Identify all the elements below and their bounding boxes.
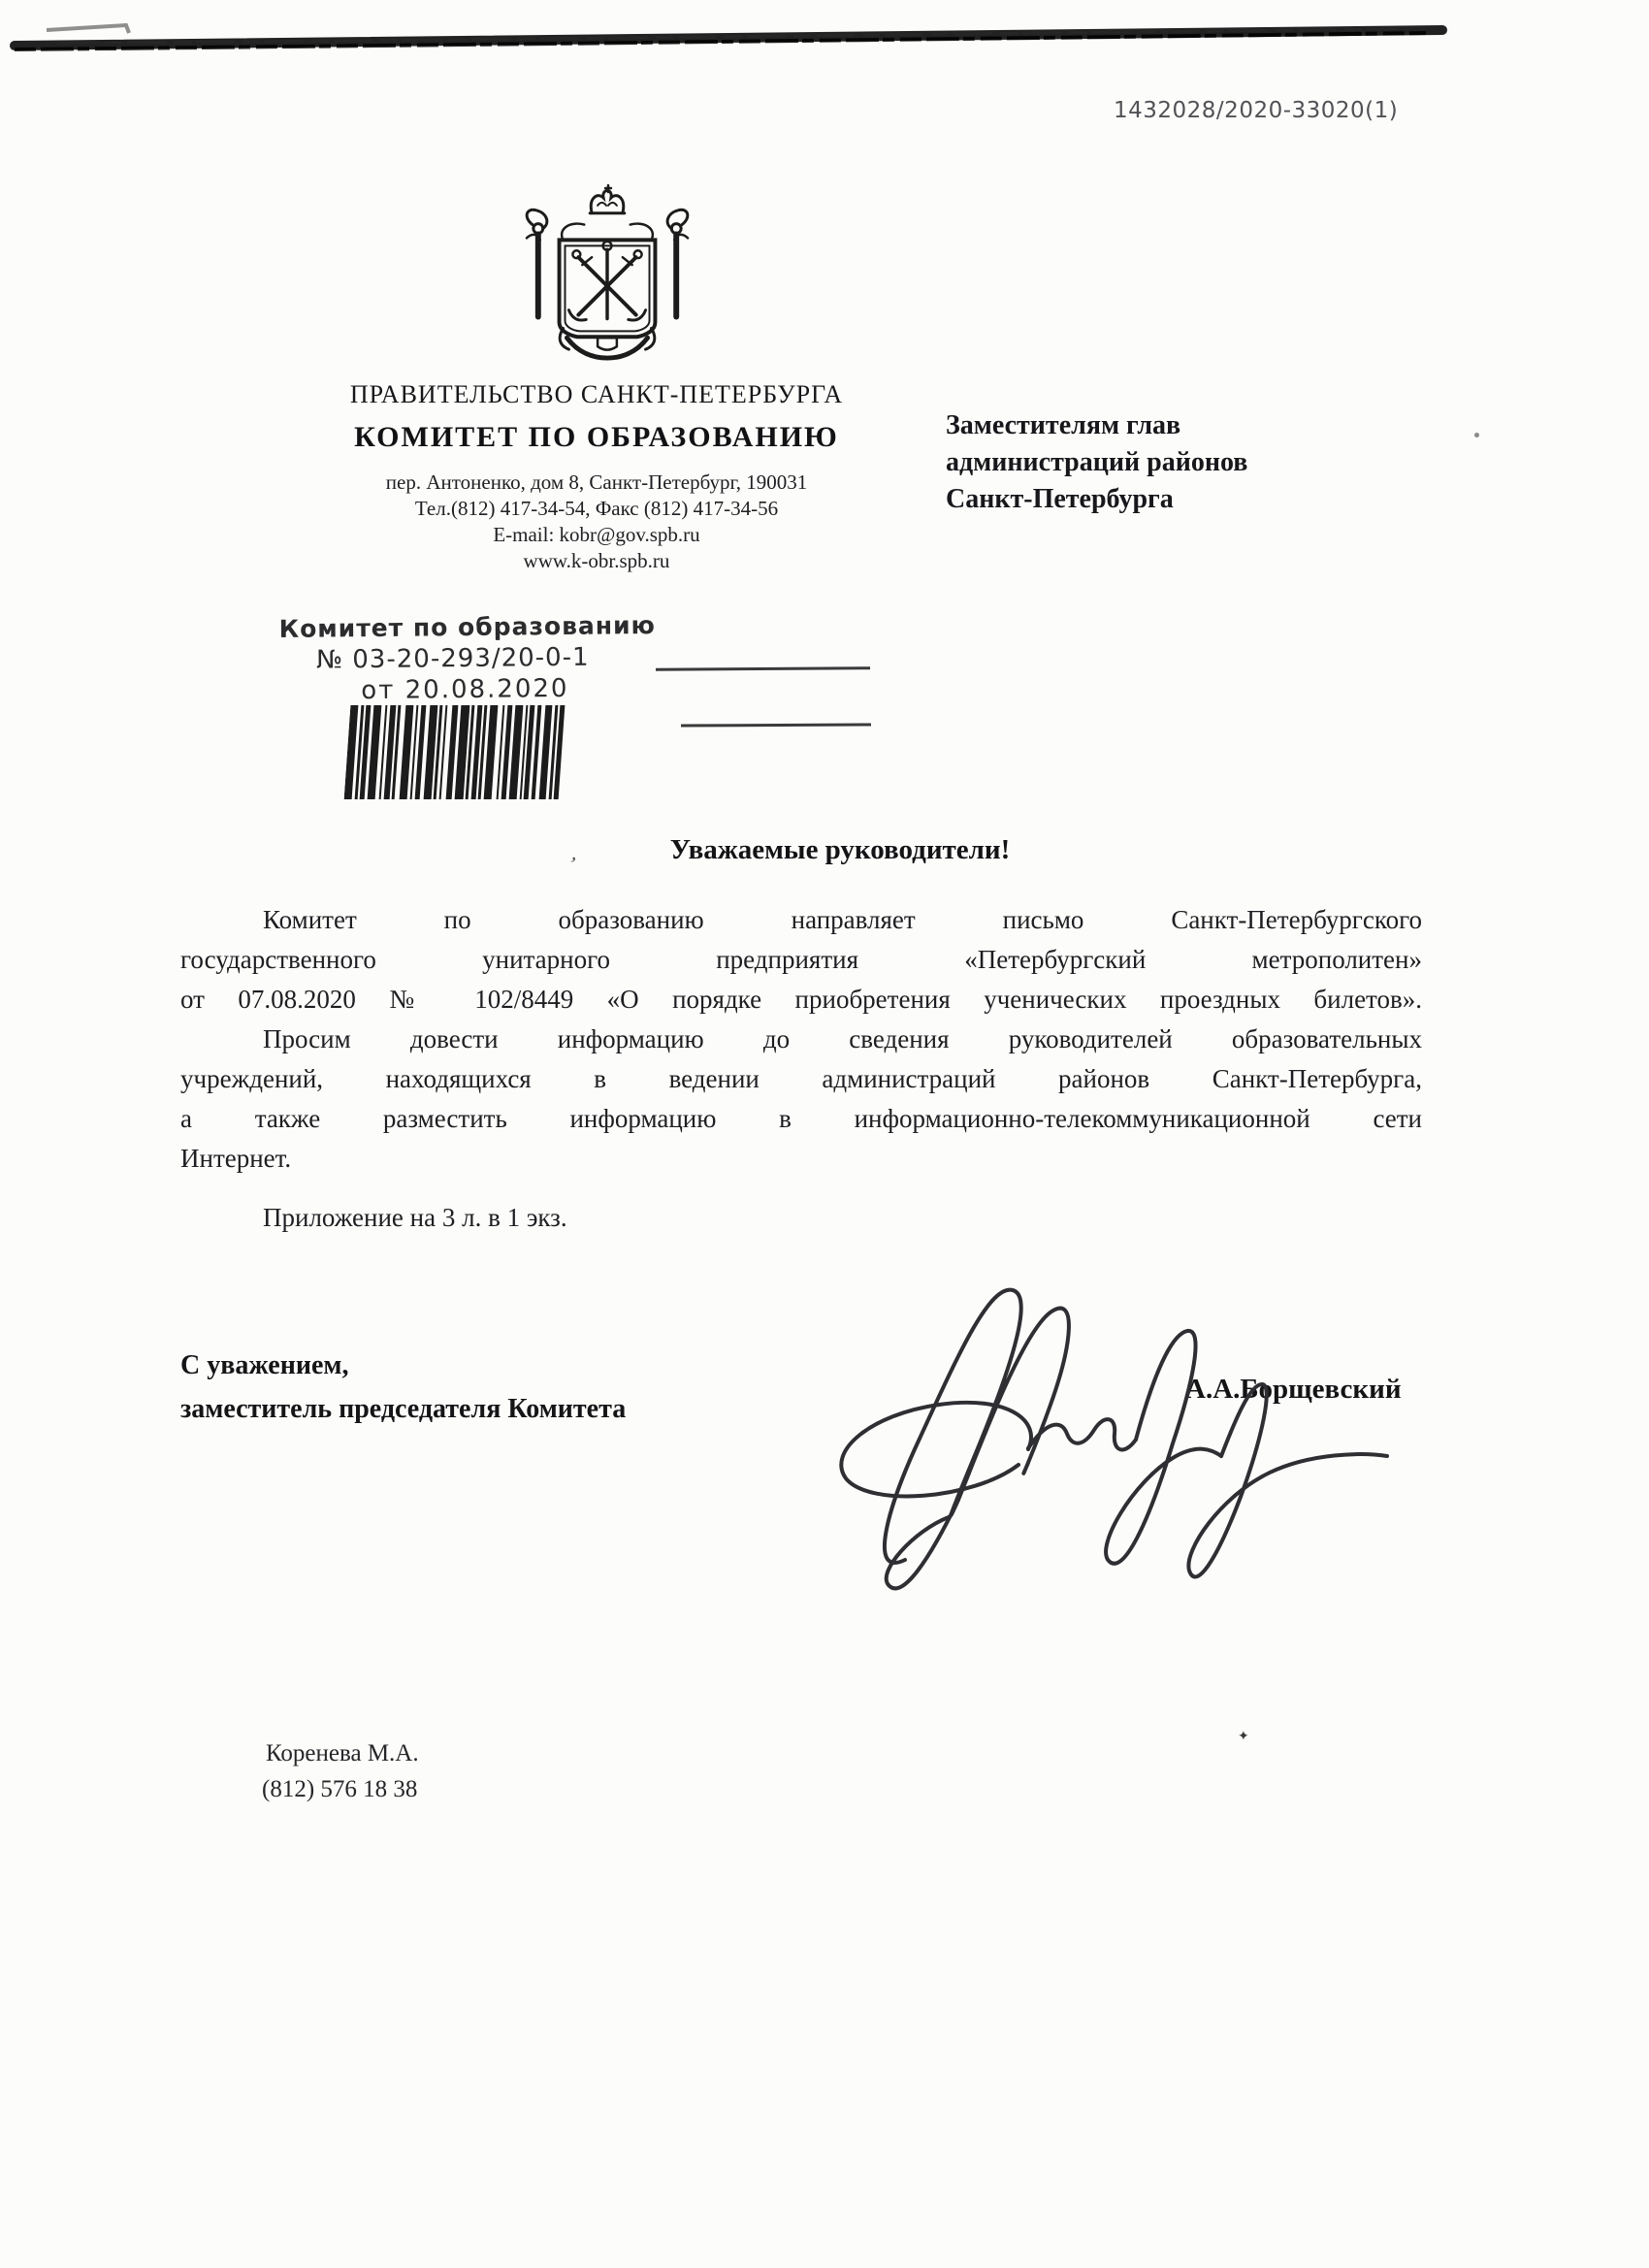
body-line: а также разместить информацию в информац… [180, 1104, 1422, 1134]
handwritten-signature [813, 1240, 1414, 1618]
stamp-number: № 03-20-293/20-0-1 [316, 642, 657, 675]
letterhead-email: E-mail: kobr@gov.spb.ru [223, 522, 970, 548]
blank-fill-line [656, 666, 870, 671]
letterhead-address: пер. Антоненко, дом 8, Санкт-Петербург, … [223, 470, 970, 496]
scanned-letter-page: 1432028/2020-33020(1) [0, 0, 1649, 2268]
registration-stamp: Комитет по образованию № 03-20-293/20-0-… [279, 611, 657, 706]
body-line: Комитет по образованию направляет письмо… [180, 905, 1422, 935]
recipient-line: администраций районов [946, 444, 1247, 481]
registration-barcode [344, 705, 566, 799]
closing-phrase: С уважением, [180, 1350, 348, 1381]
document-reference-number: 1432028/2020-33020(1) [1114, 98, 1398, 123]
letterhead-website: www.k-obr.spb.ru [223, 548, 970, 574]
stamp-organization: Комитет по образованию [279, 611, 657, 643]
saint-petersburg-coat-of-arms-icon [521, 184, 694, 367]
scan-artifact-top-band [0, 0, 1649, 68]
recipient-block: Заместителям глав администраций районов … [946, 407, 1247, 518]
letterhead-phone-fax: Тел.(812) 417-34-54, Факс (812) 417-34-5… [223, 496, 970, 522]
salutation: Уважаемые руководители! [180, 834, 1422, 866]
executor-name: Коренева М.А. [266, 1740, 419, 1767]
body-line: учреждений, находящихся в ведении админи… [180, 1064, 1422, 1094]
attachment-note: Приложение на 3 л. в 1 экз. [263, 1203, 567, 1233]
body-line: государственного унитарного предприятия … [180, 945, 1422, 975]
executor-phone: (812) 576 18 38 [262, 1776, 417, 1803]
blank-fill-line [681, 723, 871, 727]
letterhead-committee-line: КОМИТЕТ ПО ОБРАЗОВАНИЮ [223, 421, 970, 454]
signer-title: заместитель председателя Комитета [180, 1394, 626, 1425]
body-line: от 07.08.2020 № 102/8449 «О порядке прио… [180, 985, 1422, 1015]
body-line: Просим довести информацию до сведения ру… [180, 1024, 1422, 1054]
letterhead-government-line: ПРАВИТЕЛЬСТВО САНКТ-ПЕТЕРБУРГА [223, 380, 970, 409]
recipient-line: Санкт-Петербурга [946, 481, 1247, 518]
body-line: Интернет. [180, 1144, 1422, 1174]
stamp-date: от 20.08.2020 [361, 673, 657, 705]
scan-artifact-dot [1474, 433, 1479, 437]
recipient-line: Заместителям глав [946, 407, 1247, 444]
letterhead: ПРАВИТЕЛЬСТВО САНКТ-ПЕТЕРБУРГА КОМИТЕТ П… [223, 380, 970, 574]
scan-artifact-star: ✦ [1238, 1729, 1249, 1745]
